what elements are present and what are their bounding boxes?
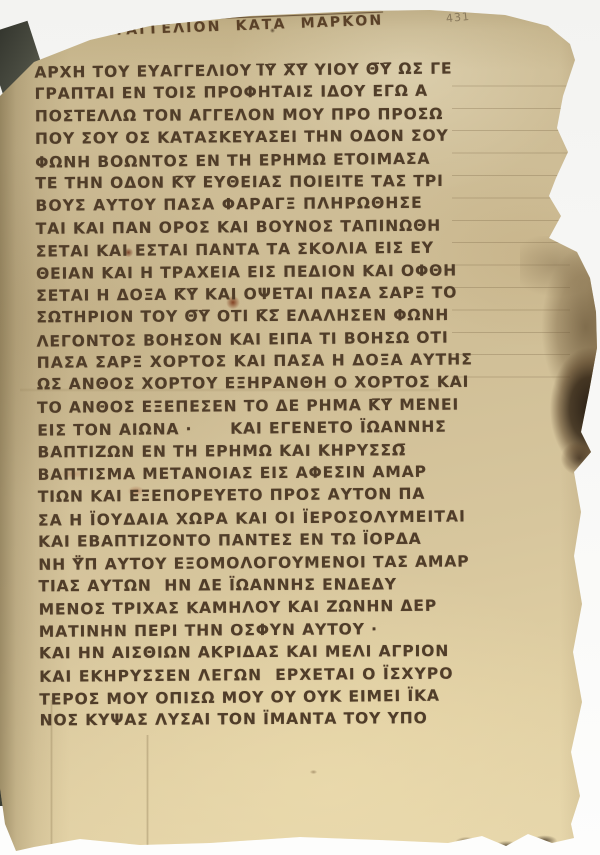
- manuscript-line: ΑΡΧΗ ΤΟΥ ΕΥΑΓΓΕΛΙΟΥ Ι̅Υ̅ Χ̅Υ̅ ΥΙΟΥ Θ̅Υ̅ …: [34, 57, 509, 84]
- folio-number-mark: 431: [445, 10, 470, 25]
- burn-stain-tail: [548, 440, 593, 486]
- manuscript-line: ΩΣ ΑΝΘΟΣ ΧΟΡΤΟΥ ΕΞΗΡΑΝΘΗ Ο ΧΟΡΤΟΣ ΚΑΙ: [37, 371, 512, 396]
- manuscript-line: ΤΕ ΤΗΝ ΟΔΟΝ Κ̅Υ̅ ΕΥΘΕΙΑΣ ΠΟΙΕΙΤΕ ΤΑΣ ΤΡΙ: [35, 170, 510, 195]
- damaged-edge-chips: [450, 820, 585, 852]
- manuscript-line: ΣΑ Η ΪΟΥΔΑΙΑ ΧΩΡΑ ΚΑΙ ΟΙ ΪΕΡΟΣΟΛΥΜΕΙΤΑΙ: [38, 505, 513, 532]
- manuscript-line: ΠΟΥ ΣΟΥ ΟΣ ΚΑΤΑΣΚΕΥΑΣΕΙ ΤΗΝ ΟΔΟΝ ΣΟΥ: [35, 124, 510, 150]
- parchment-page: ΕΥΑΓΓΕΛΙΟΝ ΚΑΤΑ ΜΑΡΚΟΝ 431 ΑΡΧΗ ΤΟΥ ΕΥΑΓ…: [0, 0, 600, 855]
- manuscript-line: ΚΑΙ ΗΝ ΑΙΣΘΙΩΝ ΑΚΡΙΔΑΣ ΚΑΙ ΜΕΛΙ ΑΓΡΙΟΝ: [39, 640, 514, 665]
- manuscript-line: ΓΡΑΠΤΑΙ ΕΝ ΤΟΙΣ ΠΡΟΦΗΤΑΙΣ ΙΔΟΥ ΕΓΩ Α: [35, 80, 510, 106]
- text-lines: ΑΡΧΗ ΤΟΥ ΕΥΑΓΓΕΛΙΟΥ Ι̅Υ̅ Χ̅Υ̅ ΥΙΟΥ Θ̅Υ̅ …: [34, 57, 514, 732]
- manuscript-line: ΒΑΠΤΙΖΩΝ ΕΝ ΤΗ ΕΡΗΜΩ ΚΑΙ ΚΗΡΥΣΣΩ̅: [37, 438, 512, 463]
- manuscript-photo: ΕΥΑΓΓΕΛΙΟΝ ΚΑΤΑ ΜΑΡΚΟΝ 431 ΑΡΧΗ ΤΟΥ ΕΥΑΓ…: [0, 0, 600, 855]
- speck: [310, 770, 317, 774]
- manuscript-line: ΛΕΓΟΝΤΟΣ ΒΟΗΣΟΝ ΚΑΙ ΕΙΠΑ ΤΙ ΒΟΗΣΩ ΟΤΙ: [36, 326, 511, 353]
- manuscript-line: ΝΟΣ ΚΥΨΑΣ ΛΥΣΑΙ ΤΟΝ ΪΜΑΝΤΑ ΤΟΥ ΥΠΟ: [39, 707, 514, 732]
- manuscript-line: ΝΗ Ϋ̅Π ΑΥΤΟΥ ΕΞΟΜΟΛΟΓΟΥΜΕΝΟΙ ΤΑΣ ΑΜΑΡ: [38, 550, 513, 576]
- manuscript-line: ΠΟΣΤΕΛΛΩ ΤΟΝ ΑΓΓΕΛΟΝ ΜΟΥ ΠΡΟ ΠΡΟΣΩ: [35, 102, 510, 127]
- manuscript-line: ΣΩΤΗΡΙΟΝ ΤΟΥ Θ̅Υ̅ ΟΤΙ Κ̅Σ̅ ΕΛΑΛΗΣΕΝ ΦΩΝΗ: [36, 304, 511, 329]
- crease: [146, 735, 149, 845]
